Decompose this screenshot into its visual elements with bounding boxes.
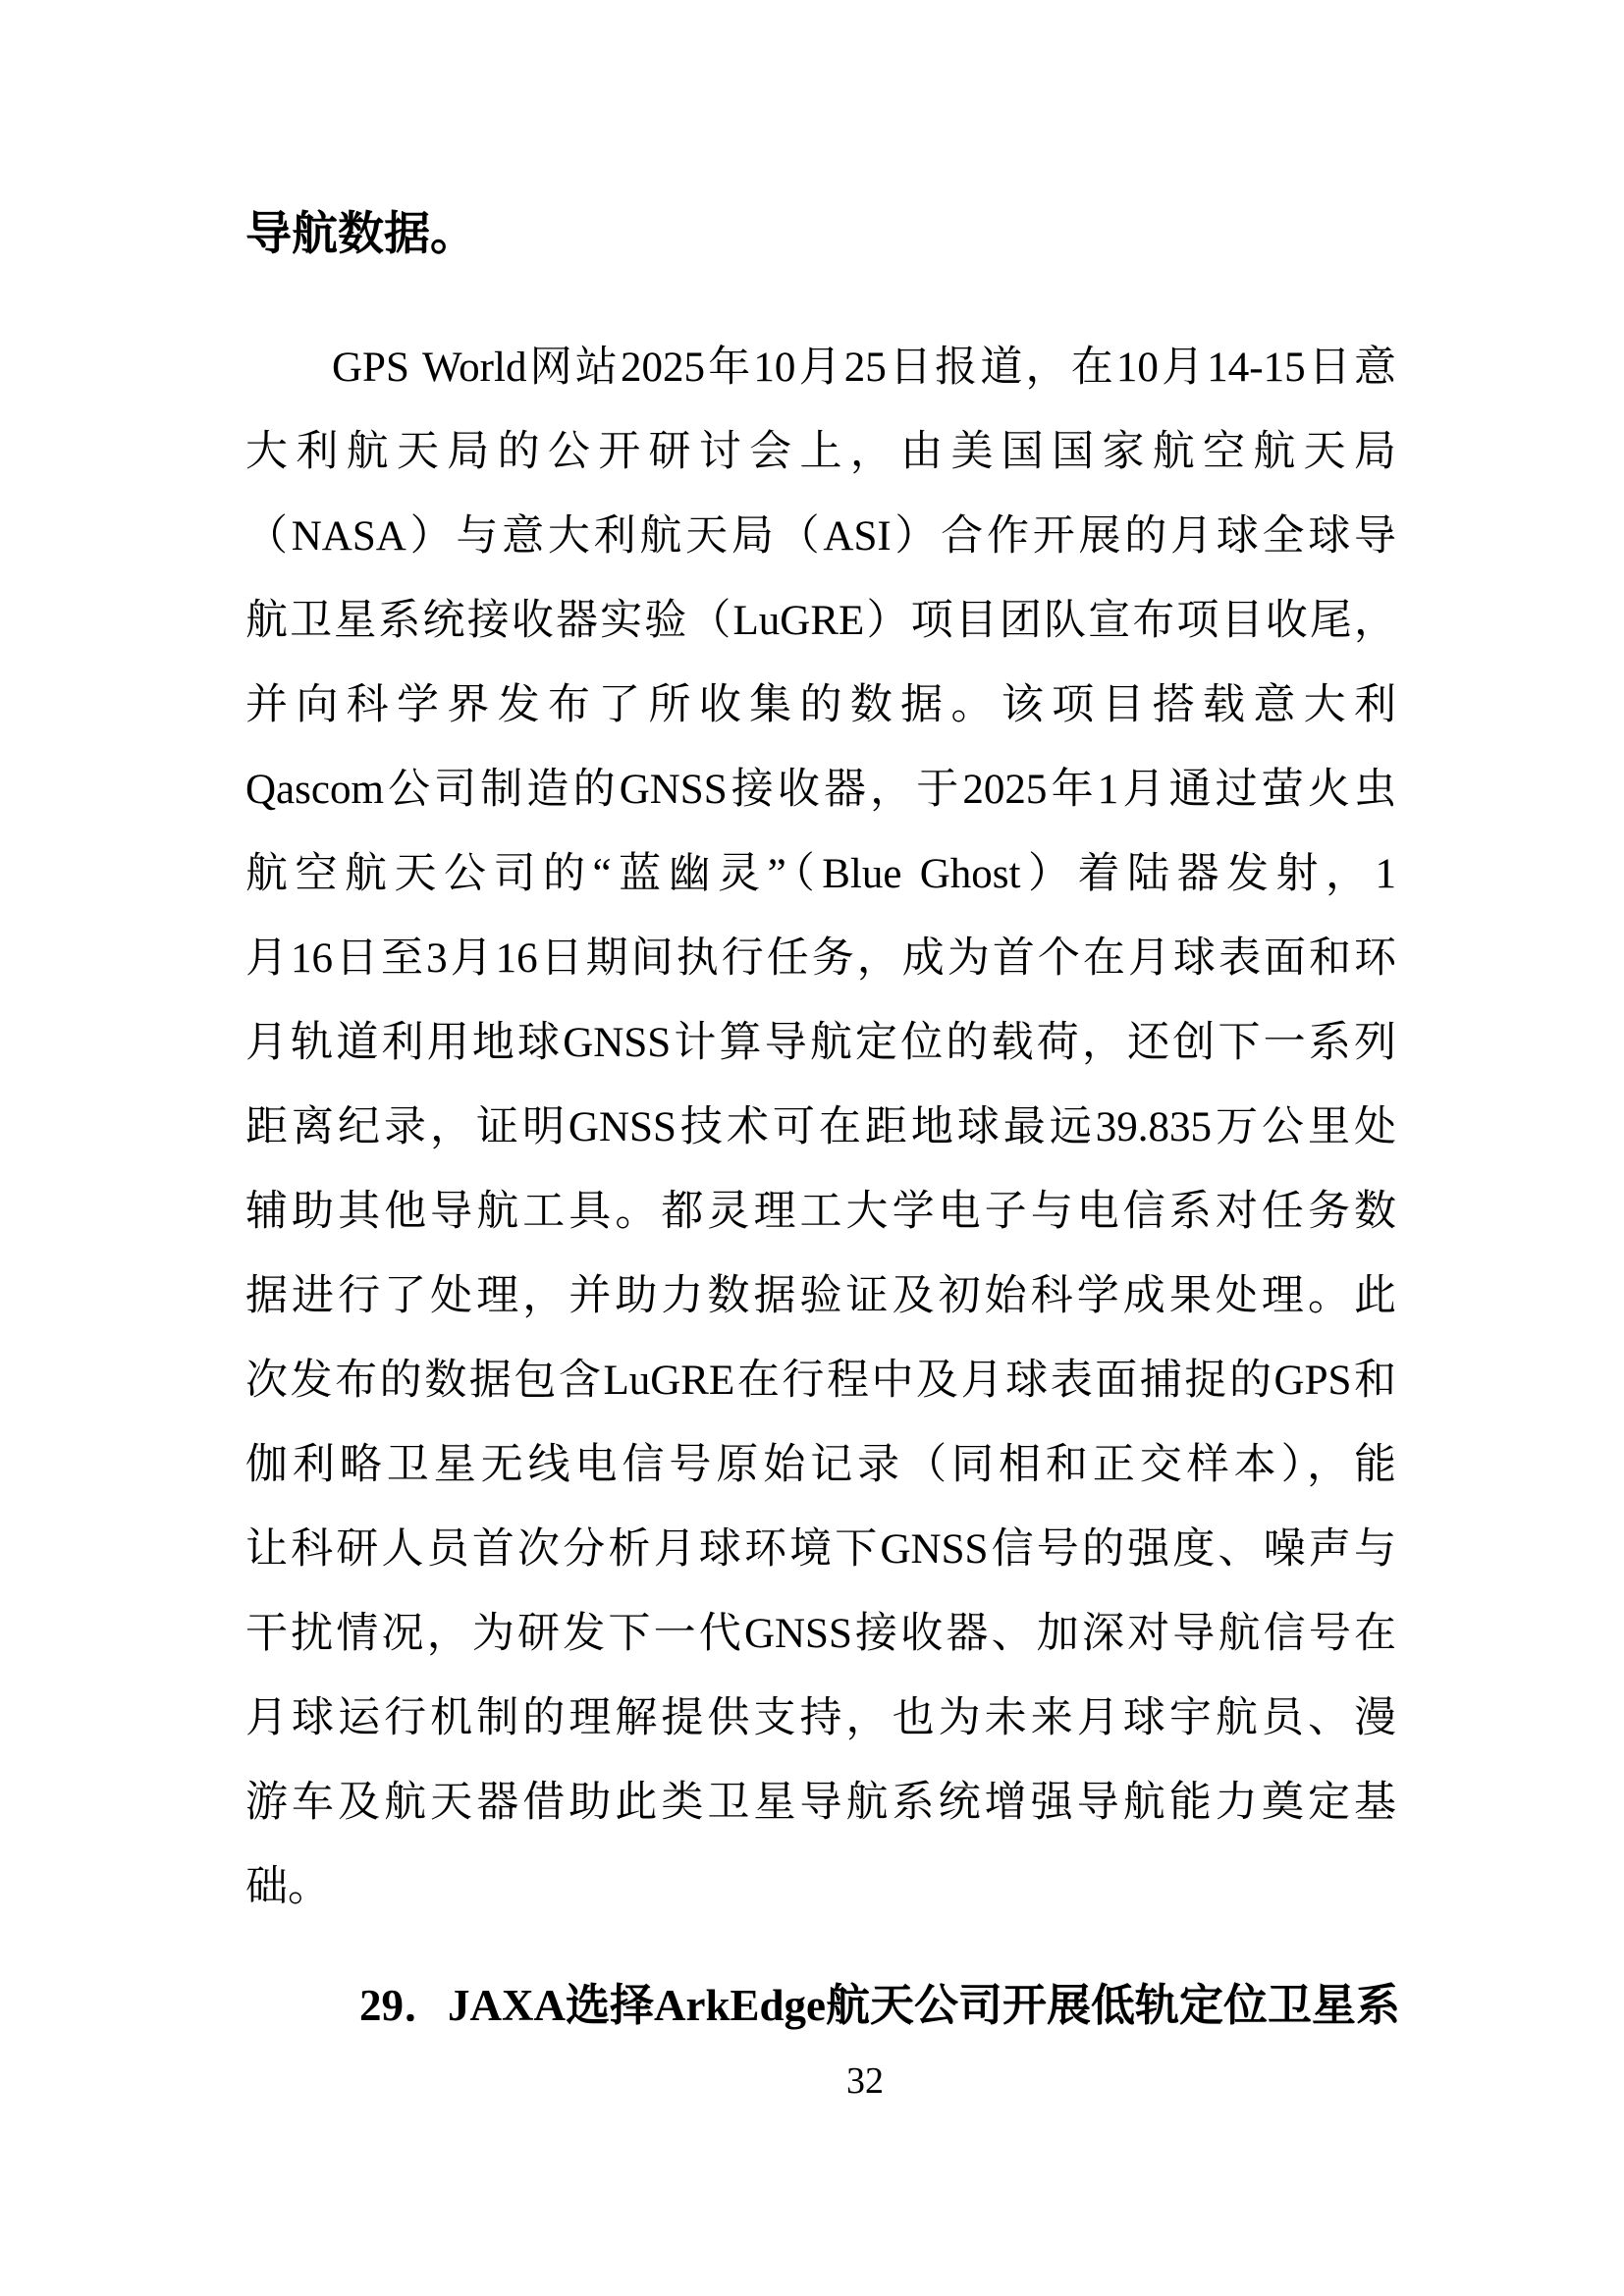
paragraph-line: 伽利略卫星无线电信号原始记录（同相和正交样本），能 — [245, 1423, 1396, 1508]
paragraph-line: 次发布的数据包含LuGRE在行程中及月球表面捕捉的GPS和 — [245, 1339, 1396, 1423]
paragraph-line: 据进行了处理，并助力数据验证及初始科学成果处理。此 — [245, 1255, 1396, 1339]
paragraph-line: 航卫星系统接收器实验（LuGRE）项目团队宣布项目收尾， — [245, 579, 1396, 664]
paragraph-line: 础。 — [245, 1845, 1396, 1930]
paragraph-line: 航空航天公司的“蓝幽灵”（Blue Ghost）着陆器发射，1 — [245, 832, 1396, 917]
paragraph-line: Qascom公司制造的GNSS接收器，于2025年1月通过萤火虫 — [245, 748, 1396, 832]
paragraph-line: GPS World网站2025年10月25日报道，在10月14-15日意 — [245, 326, 1396, 410]
paragraph-line: 干扰情况，为研发下一代GNSS接收器、加深对导航信号在 — [245, 1592, 1396, 1677]
section-heading-29: 29．JAXA选择ArkEdge航天公司开展低轨定位卫星系 — [245, 1971, 1455, 2040]
page-number: 32 — [245, 2059, 1440, 2103]
paragraph-line: （NASA）与意大利航天局（ASI）合作开展的月球全球导 — [245, 495, 1396, 579]
paragraph-line: 月球运行机制的理解提供支持，也为未来月球宇航员、漫 — [245, 1677, 1396, 1761]
paragraph-line: 月轨道利用地球GNSS计算导航定位的载荷，还创下一系列 — [245, 1001, 1396, 1086]
paragraph-line: 游车及航天器借助此类卫星导航系统增强导航能力奠定基 — [245, 1761, 1396, 1845]
paragraph-line: 月16日至3月16日期间执行任务，成为首个在月球表面和环 — [245, 917, 1396, 1001]
paragraph-line: 并向科学界发布了所收集的数据。该项目搭载意大利 — [245, 664, 1396, 748]
paragraph-line: 让科研人员首次分析月球环境下GNSS信号的强度、噪声与 — [245, 1508, 1396, 1592]
paragraph-line: 辅助其他导航工具。都灵理工大学电子与电信系对任务数 — [245, 1170, 1396, 1255]
body-paragraph: GPS World网站2025年10月25日报道，在10月14-15日意大利航天… — [245, 326, 1396, 1930]
lead-paragraph-tail: 导航数据。 — [245, 206, 476, 263]
paragraph-line: 大利航天局的公开研讨会上，由美国国家航空航天局 — [245, 410, 1396, 495]
paragraph-line: 距离纪录，证明GNSS技术可在距地球最远39.835万公里处 — [245, 1086, 1396, 1170]
document-page: 导航数据。 GPS World网站2025年10月25日报道，在10月14-15… — [0, 0, 1624, 2296]
